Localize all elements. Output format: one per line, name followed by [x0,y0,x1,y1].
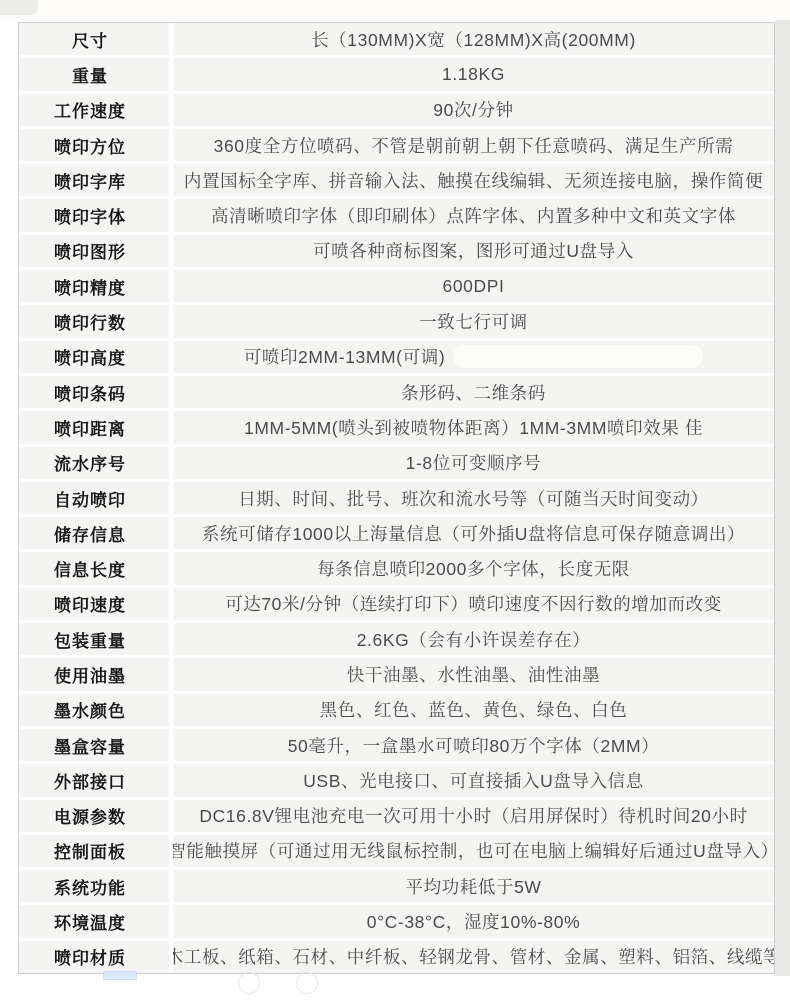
table-row: 喷印距离 1MM-5MM(喷头到被喷物体距离）1MM-3MM喷印效果 佳 [19,411,774,446]
watermark-artifact-chip [103,971,137,980]
table-row: 流水序号 1-8位可变顺序号 [19,447,774,482]
table-row: 喷印方位 360度全方位喷码、不管是朝前朝上朝下任意喷码、满足生产所需 [19,129,774,164]
spec-label: 墨盒容量 [19,729,173,761]
page-corner-artifact [0,0,38,15]
watermark-artifact-circle [238,972,260,994]
spec-label: 储存信息 [19,517,173,549]
spec-label: 喷印材质 [19,941,173,973]
spec-value: 黑色、红色、蓝色、黄色、绿色、白色 [173,694,774,726]
spec-label: 喷印速度 [19,588,173,620]
spec-label: 喷印行数 [19,305,173,337]
spec-value: 系统可储存1000以上海量信息（可外插U盘将信息可保存随意调出） [173,517,774,549]
spec-value: 2.6KG（会有小许误差存在） [173,623,774,655]
spec-value: 条形码、二维条码 [173,376,774,408]
table-row: 环境温度 0°C-38°C，湿度10%-80% [19,905,774,940]
spec-value-text: 一致七行可调 [419,309,528,334]
spec-value: 0°C-38°C，湿度10%-80% [173,905,774,937]
spec-label: 电源参数 [19,800,173,832]
table-row: 包装重量 2.6KG（会有小许误差存在） [19,623,774,658]
spec-value-text: 1MM-5MM(喷头到被喷物体距离）1MM-3MM喷印效果 佳 [244,415,703,440]
table-row: 自动喷印 日期、时间、批号、班次和流水号等（可随当天时间变动） [19,482,774,517]
spec-table: 尺寸 长（130MM)X宽（128MM)X高(200MM) 重量 1.18KG … [18,22,775,974]
spec-value-text: 长（130MM)X宽（128MM)X高(200MM) [311,27,636,52]
spec-value: 1-8位可变顺序号 [173,447,774,479]
spec-label: 信息长度 [19,552,173,584]
spec-label: 喷印条码 [19,376,173,408]
spec-value: 快干油墨、水性油墨、油性油墨 [173,658,774,690]
spec-label: 喷印字体 [19,199,173,231]
table-row: 喷印图形 可喷各种商标图案，图形可通过U盘导入 [19,235,774,270]
spec-label: 流水序号 [19,447,173,479]
spec-label: 包装重量 [19,623,173,655]
spec-value-text: 可达70米/分钟（连续打印下）喷印速度不因行数的增加而改变 [225,591,722,616]
spec-label: 墨水颜色 [19,694,173,726]
spec-value-text: 90次/分钟 [433,97,513,122]
spec-value-text: 每条信息喷印2000多个字体，长度无限 [317,556,630,581]
spec-value: 600DPI [173,270,774,302]
table-row: 储存信息 系统可储存1000以上海量信息（可外插U盘将信息可保存随意调出） [19,517,774,552]
spec-value: 内置国标全字库、拼音输入法、触摸在线编辑、无须连接电脑，操作简便 [173,164,774,196]
spec-value-text: 黑色、红色、蓝色、黄色、绿色、白色 [320,697,628,722]
spec-value-text: 可喷各种商标图案，图形可通过U盘导入 [313,238,634,263]
table-row: 喷印字体 高清晰喷印字体（即印刷体）点阵字体、内置多种中文和英文字体 [19,199,774,234]
spec-value: 木工板、纸箱、石材、中纤板、轻钢龙骨、管材、金属、塑料、铝箔、线缆等 [173,941,774,973]
table-row: 喷印高度 可喷印2MM-13MM(可调) [19,341,774,376]
table-row: 尺寸 长（130MM)X宽（128MM)X高(200MM) [19,23,774,58]
spec-value: 可达70米/分钟（连续打印下）喷印速度不因行数的增加而改变 [173,588,774,620]
table-row: 喷印条码 条形码、二维条码 [19,376,774,411]
spec-value: 90次/分钟 [173,94,774,126]
spec-value-text: 360度全方位喷码、不管是朝前朝上朝下任意喷码、满足生产所需 [214,133,734,158]
spec-value: 360度全方位喷码、不管是朝前朝上朝下任意喷码、满足生产所需 [173,129,774,161]
spec-value-text: USB、光电接口、可直接插入U盘导入信息 [303,768,644,793]
spec-value: USB、光电接口、可直接插入U盘导入信息 [173,764,774,796]
spec-value-text: 600DPI [443,276,505,297]
spec-value-text: 系统可储存1000以上海量信息（可外插U盘将信息可保存随意调出） [202,521,745,546]
spec-value-text: 平均功耗低于5W [405,874,541,899]
spec-value: 50毫升，一盒墨水可喷印80万个字体（2MM） [173,729,774,761]
spec-value-text: 1.18KG [442,64,505,85]
table-row: 喷印材质 木工板、纸箱、石材、中纤板、轻钢龙骨、管材、金属、塑料、铝箔、线缆等 [19,941,774,973]
spec-value-text: 快干油墨、水性油墨、油性油墨 [347,662,600,687]
spec-value: 平均功耗低于5W [173,870,774,902]
spec-value: 智能触摸屏（可通过用无线鼠标控制，也可在电脑上编辑好后通过U盘导入） [173,835,774,867]
spec-value: 每条信息喷印2000多个字体，长度无限 [173,552,774,584]
spec-value: 可喷各种商标图案，图形可通过U盘导入 [173,235,774,267]
spec-label: 喷印字库 [19,164,173,196]
spec-value: 日期、时间、批号、班次和流水号等（可随当天时间变动） [173,482,774,514]
spec-label: 重量 [19,58,173,90]
spec-label: 自动喷印 [19,482,173,514]
spec-label: 环境温度 [19,905,173,937]
spec-value-text: 0°C-38°C，湿度10%-80% [367,909,580,934]
spec-value-text: 可喷印2MM-13MM(可调) [244,344,446,369]
spec-value: 一致七行可调 [173,305,774,337]
spec-label: 尺寸 [19,23,173,55]
spec-value-text: 日期、时间、批号、班次和流水号等（可随当天时间变动） [238,486,709,511]
spec-value-text: DC16.8V锂电池充电一次可用十小时（启用屏保时）待机时间20小时 [199,803,747,828]
spec-value-text: 条形码、二维条码 [401,380,546,405]
table-row: 墨水颜色 黑色、红色、蓝色、黄色、绿色、白色 [19,694,774,729]
page-top-band [0,0,790,20]
spec-label: 喷印图形 [19,235,173,267]
table-row: 喷印速度 可达70米/分钟（连续打印下）喷印速度不因行数的增加而改变 [19,588,774,623]
table-row: 控制面板 智能触摸屏（可通过用无线鼠标控制，也可在电脑上编辑好后通过U盘导入） [19,835,774,870]
table-row: 使用油墨 快干油墨、水性油墨、油性油墨 [19,658,774,693]
spec-label: 工作速度 [19,94,173,126]
table-row: 工作速度 90次/分钟 [19,94,774,129]
table-row: 重量 1.18KG [19,58,774,93]
spec-value-text: 智能触摸屏（可通过用无线鼠标控制，也可在电脑上编辑好后通过U盘导入） [173,838,774,863]
spec-value-text: 内置国标全字库、拼音输入法、触摸在线编辑、无须连接电脑，操作简便 [184,168,763,193]
spec-label: 喷印精度 [19,270,173,302]
spec-value: DC16.8V锂电池充电一次可用十小时（启用屏保时）待机时间20小时 [173,800,774,832]
spec-value-text: 高清晰喷印字体（即印刷体）点阵字体、内置多种中文和英文字体 [211,203,736,228]
spec-value-text: 木工板、纸箱、石材、中纤板、轻钢龙骨、管材、金属、塑料、铝箔、线缆等 [173,944,774,969]
page-right-margin [775,20,790,976]
spec-value: 1.18KG [173,58,774,90]
spec-label: 喷印距离 [19,411,173,443]
spec-label: 使用油墨 [19,658,173,690]
spec-value-text: 50毫升，一盒墨水可喷印80万个字体（2MM） [288,733,660,758]
watermark-artifact-circle [296,972,318,994]
table-row: 系统功能 平均功耗低于5W [19,870,774,905]
table-row: 喷印精度 600DPI [19,270,774,305]
spec-value: 1MM-5MM(喷头到被喷物体距离）1MM-3MM喷印效果 佳 [173,411,774,443]
spec-label: 外部接口 [19,764,173,796]
table-row: 信息长度 每条信息喷印2000多个字体，长度无限 [19,552,774,587]
spec-value: 可喷印2MM-13MM(可调) [173,341,774,373]
spec-label: 控制面板 [19,835,173,867]
table-row: 喷印行数 一致七行可调 [19,305,774,340]
erased-watermark-blob [453,345,703,368]
table-row: 电源参数 DC16.8V锂电池充电一次可用十小时（启用屏保时）待机时间20小时 [19,800,774,835]
spec-value-text: 1-8位可变顺序号 [406,450,542,475]
spec-label: 系统功能 [19,870,173,902]
table-row: 外部接口 USB、光电接口、可直接插入U盘导入信息 [19,764,774,799]
spec-value-text: 2.6KG（会有小许误差存在） [357,627,591,652]
spec-value: 高清晰喷印字体（即印刷体）点阵字体、内置多种中文和英文字体 [173,199,774,231]
table-row: 喷印字库 内置国标全字库、拼音输入法、触摸在线编辑、无须连接电脑，操作简便 [19,164,774,199]
spec-label: 喷印高度 [19,341,173,373]
table-row: 墨盒容量 50毫升，一盒墨水可喷印80万个字体（2MM） [19,729,774,764]
spec-label: 喷印方位 [19,129,173,161]
spec-value: 长（130MM)X宽（128MM)X高(200MM) [173,23,774,55]
